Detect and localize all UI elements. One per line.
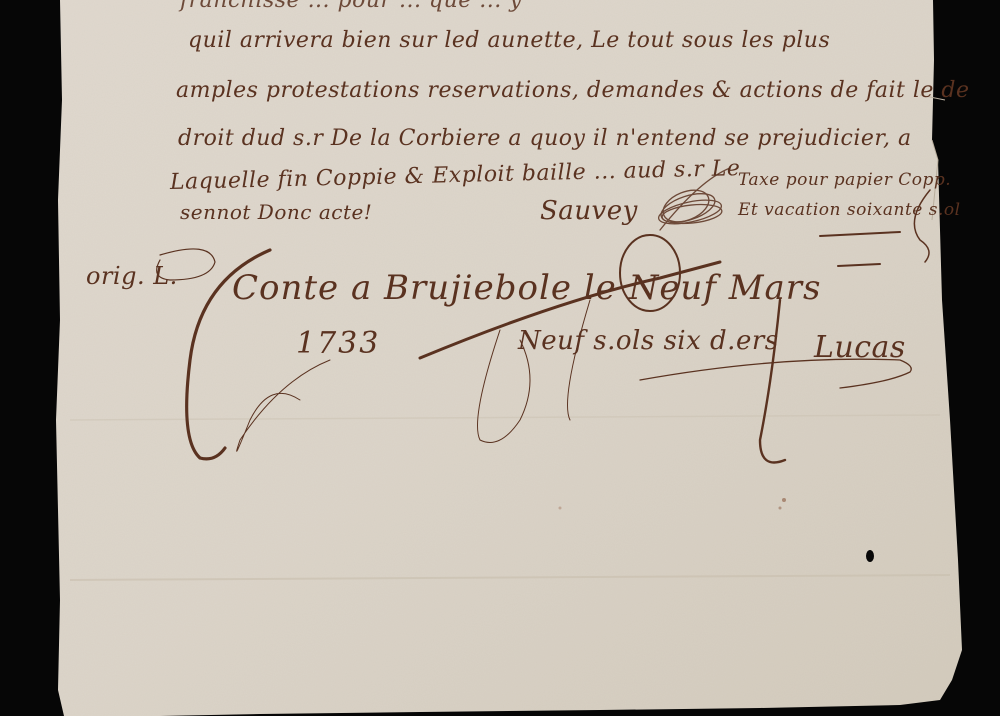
body-line-1: franchisse ... pour ... que ... y <box>180 0 522 13</box>
margin-note: orig. L. <box>86 262 178 290</box>
signature-sauvey: Sauvey <box>540 196 638 226</box>
body-line-2: quil arrivera bien sur led aunette, Le t… <box>188 28 830 53</box>
photo-stage: franchisse ... pour ... que ... y quil a… <box>0 0 1000 716</box>
tax-note-line-1: Taxe pour papier Copp. <box>738 170 951 190</box>
control-stamp-year: 1733 <box>296 326 380 361</box>
body-line-4: droit dud s.r De la Corbiere a quoy il n… <box>178 126 912 151</box>
control-stamp-line-2: Neuf s.ols six d.ers <box>518 326 779 356</box>
body-line-6: sennot Donc acte! <box>180 200 372 224</box>
tax-note-line-2: Et vacation soixante s.ol <box>738 200 961 220</box>
control-stamp-line-1: Conte a Brujiebole le Neuf Mars <box>232 268 822 308</box>
signature-lucas: Lucas <box>814 330 906 365</box>
body-line-3: amples protestations reservations, deman… <box>176 78 970 103</box>
